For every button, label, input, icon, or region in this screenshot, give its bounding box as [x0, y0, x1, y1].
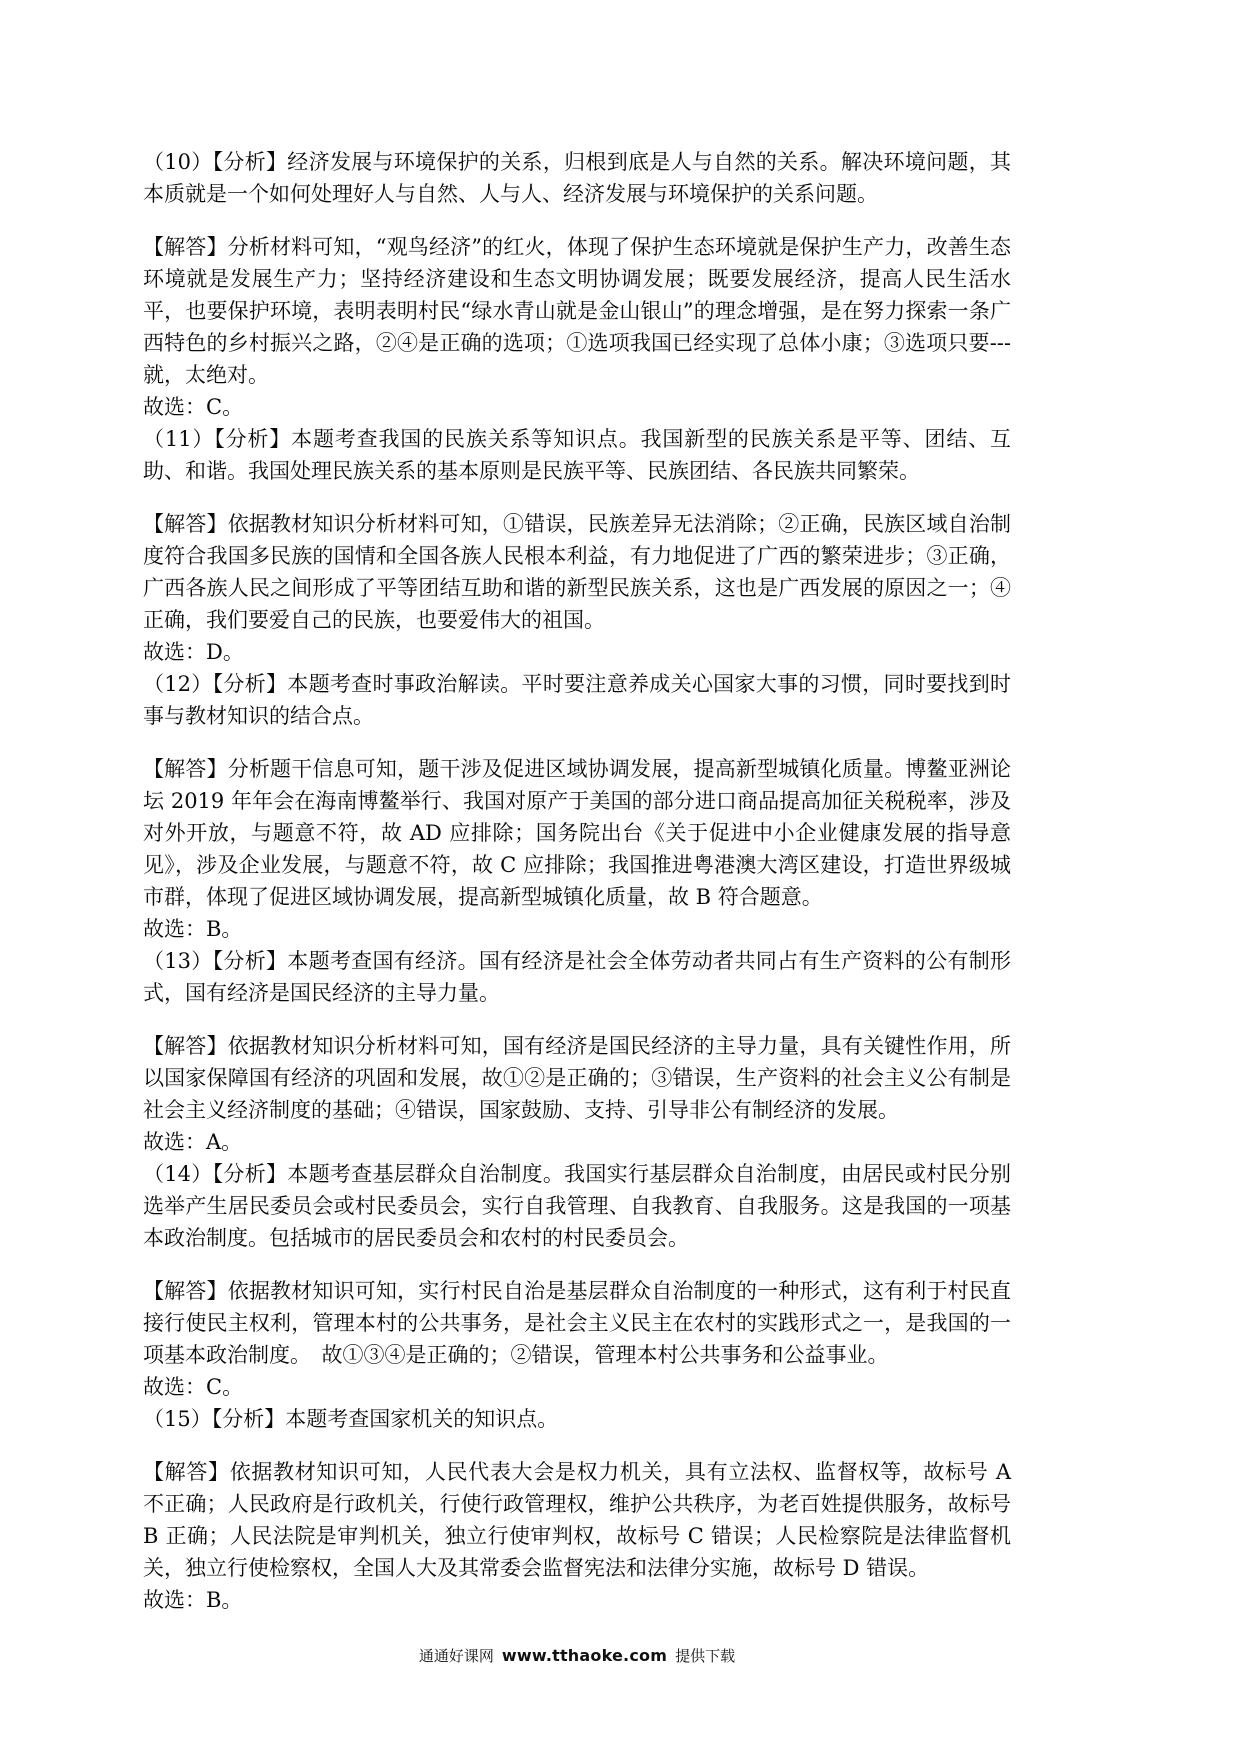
- answer-paragraph: 【解答】依据教材知识分析材料可知，国有经济是国民经济的主导力量，具有关键性作用，…: [143, 1030, 1011, 1126]
- question-item-15: （15）【分析】本题考查国家机关的知识点。 【解答】依据教材知识可知，人民代表大…: [143, 1403, 1011, 1616]
- answer-paragraph: 【解答】分析题干信息可知，题干涉及促进区域协调发展，提高新型城镇化质量。博鳌亚洲…: [143, 753, 1011, 913]
- choice-line: 故选：C。: [143, 1371, 1011, 1403]
- analysis-paragraph: （15）【分析】本题考查国家机关的知识点。: [143, 1403, 1011, 1435]
- footer-download-note: 提供下载: [671, 1647, 739, 1665]
- analysis-paragraph: （13）【分析】本题考查国有经济。国有经济是社会全体劳动者共同占有生产资料的公有…: [143, 945, 1011, 1009]
- question-item-10: （10）【分析】经济发展与环境保护的关系，归根到底是人与自然的关系。解决环境问题…: [143, 146, 1011, 423]
- analysis-paragraph: （14）【分析】本题考查基层群众自治制度。我国实行基层群众自治制度，由居民或村民…: [143, 1158, 1011, 1254]
- footer-url: www.tthaoke.com: [498, 1646, 671, 1665]
- question-item-13: （13）【分析】本题考查国有经济。国有经济是社会全体劳动者共同占有生产资料的公有…: [143, 945, 1011, 1158]
- choice-line: 故选：C。: [143, 391, 1011, 423]
- answer-paragraph: 【解答】依据教材知识分析材料可知，①错误，民族差异无法消除；②正确，民族区域自治…: [143, 508, 1011, 636]
- answer-paragraph: 【解答】分析材料可知，“观鸟经济”的红火，体现了保护生态环境就是保护生产力，改善…: [143, 231, 1011, 391]
- choice-line: 故选：B。: [143, 1584, 1011, 1616]
- answer-paragraph: 【解答】依据教材知识可知，人民代表大会是权力机关，具有立法权、监督权等，故标号 …: [143, 1456, 1011, 1584]
- analysis-paragraph: （11）【分析】本题考查我国的民族关系等知识点。我国新型的民族关系是平等、团结、…: [143, 423, 1011, 487]
- question-item-12: （12）【分析】本题考查时事政治解读。平时要注意养成关心国家大事的习惯，同时要找…: [143, 668, 1011, 945]
- footer-site-name: 通通好课网: [415, 1647, 498, 1665]
- analysis-paragraph: （12）【分析】本题考查时事政治解读。平时要注意养成关心国家大事的习惯，同时要找…: [143, 668, 1011, 732]
- question-item-11: （11）【分析】本题考查我国的民族关系等知识点。我国新型的民族关系是平等、团结、…: [143, 423, 1011, 668]
- analysis-paragraph: （10）【分析】经济发展与环境保护的关系，归根到底是人与自然的关系。解决环境问题…: [143, 146, 1011, 210]
- question-item-14: （14）【分析】本题考查基层群众自治制度。我国实行基层群众自治制度，由居民或村民…: [143, 1158, 1011, 1403]
- page-footer: 通通好课网www.tthaoke.com提供下载: [143, 1645, 1011, 1666]
- answer-paragraph: 【解答】依据教材知识可知，实行村民自治是基层群众自治制度的一种形式，这有利于村民…: [143, 1275, 1011, 1371]
- choice-line: 故选：D。: [143, 636, 1011, 668]
- choice-line: 故选：A。: [143, 1126, 1011, 1158]
- document-body: （10）【分析】经济发展与环境保护的关系，归根到底是人与自然的关系。解决环境问题…: [143, 146, 1011, 1616]
- choice-line: 故选：B。: [143, 913, 1011, 945]
